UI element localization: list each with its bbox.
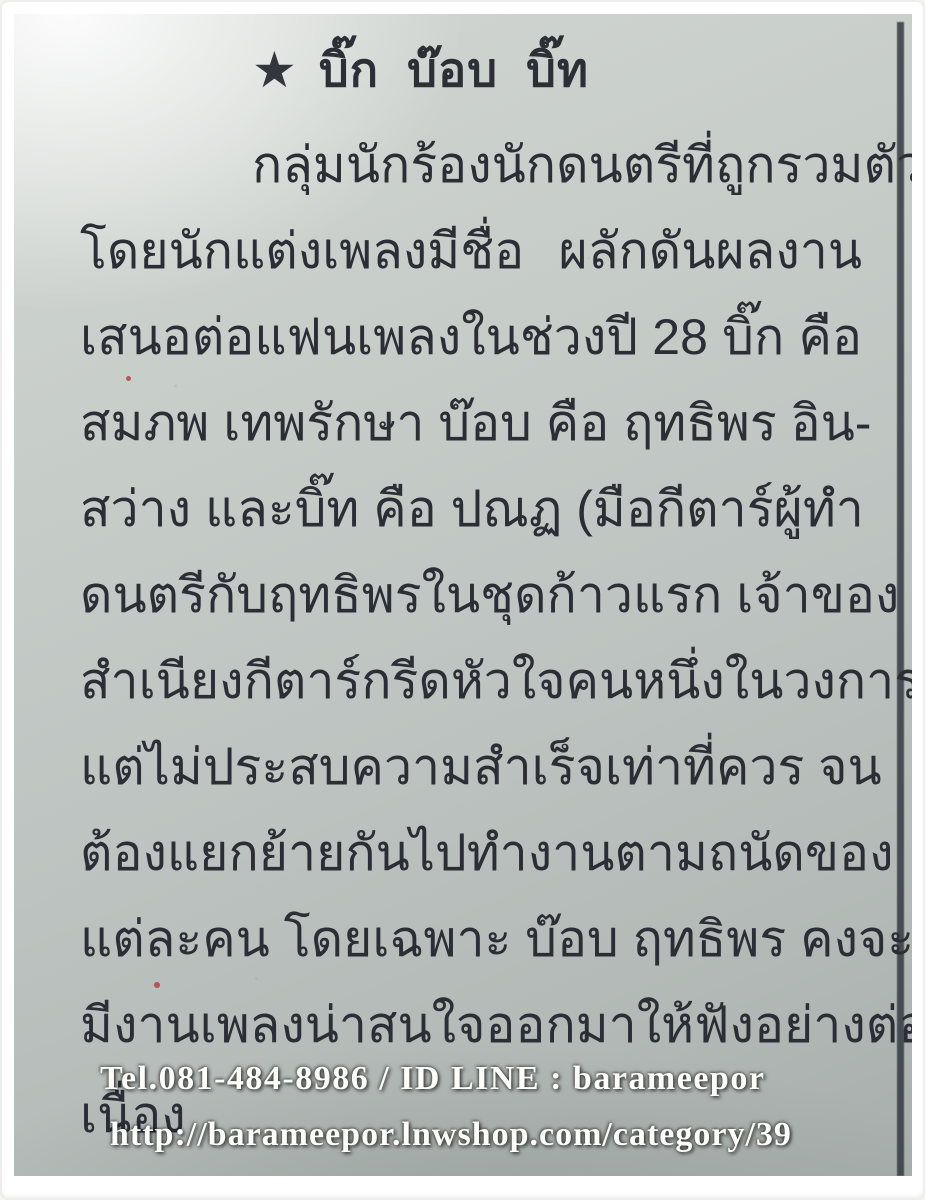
text-line: โดยนักแต่งเพลงมีชื่อ ผลักดันผลงาน bbox=[80, 208, 862, 294]
text-line: สว่าง และบิ๊ท คือ ปณฏ (มือกีตาร์ผู้ทำ bbox=[80, 466, 862, 552]
text-line: กลุ่มนักร้องนักดนตรีที่ถูกรวมตัว bbox=[80, 122, 862, 208]
watermark-url: http://barameepor.lnwshop.com/category/3… bbox=[110, 1116, 912, 1154]
header-title: บิ๊ก บ๊อบ บิ๊ท bbox=[319, 40, 589, 100]
text-line: ดนตรีกับฤทธิพรในชุดก้าวแรก เจ้าของ bbox=[80, 552, 862, 638]
text-line: สำเนียงกีตาร์กรีดหัวใจคนหนึ่งในวงการ) bbox=[80, 638, 862, 724]
text-line: แต่ไม่ประสบความสำเร็จเท่าที่ควร จน bbox=[80, 724, 862, 810]
section-header: ★ บิ๊ก บ๊อบ บิ๊ท bbox=[252, 40, 589, 100]
text-line: เสนอต่อแฟนเพลงในช่วงปี 28 บิ๊ก คือ bbox=[80, 294, 862, 380]
text-line: มีงานเพลงน่าสนใจออกมาให้ฟังอย่างต่อ bbox=[80, 982, 862, 1068]
star-icon: ★ bbox=[252, 40, 297, 100]
text-line: ต้องแยกย้ายกันไปทำงานตามถนัดของ bbox=[80, 810, 862, 896]
text-line: สมภพ เทพรักษา บ๊อบ คือ ฤทธิพร อิน- bbox=[80, 380, 862, 466]
text-line: แต่ละคน โดยเฉพาะ บ๊อบ ฤทธิพร คงจะ bbox=[80, 896, 862, 982]
photo-frame: ★ บิ๊ก บ๊อบ บิ๊ท กลุ่มนักร้องนักดนตรีที่… bbox=[0, 0, 925, 1200]
body-paragraph: กลุ่มนักร้องนักดนตรีที่ถูกรวมตัว โดยนักแ… bbox=[80, 122, 862, 1068]
watermark-phone: Tel.081-484-8986 / ID LINE : barameepor bbox=[100, 1060, 912, 1098]
scanned-page-photo: ★ บิ๊ก บ๊อบ บิ๊ท กลุ่มนักร้องนักดนตรีที่… bbox=[14, 14, 912, 1176]
